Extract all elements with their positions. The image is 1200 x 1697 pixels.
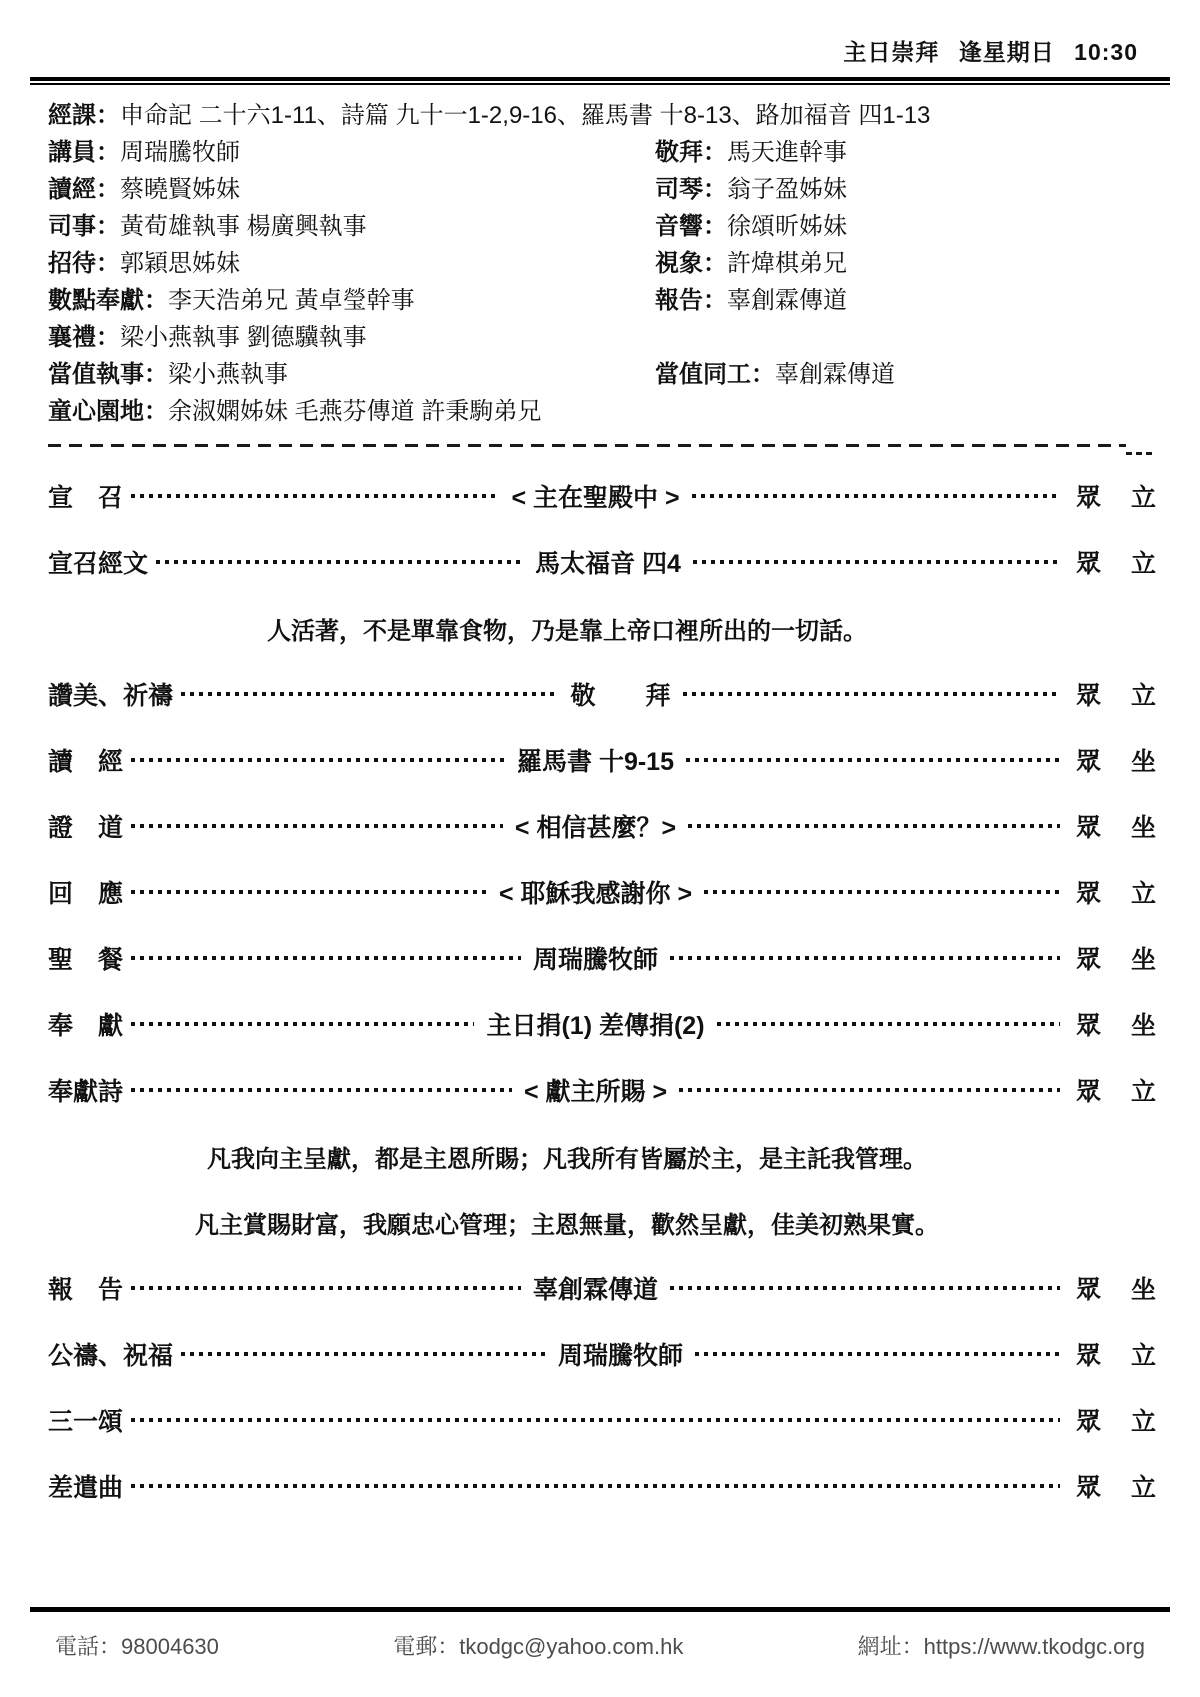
role-label: 講員： xyxy=(48,139,120,166)
congregation-posture: 眾立 xyxy=(1076,874,1156,910)
dotted-leader xyxy=(181,1352,546,1356)
dotted-leader xyxy=(695,1352,1060,1356)
role-value: 徐頌昕姊妹 xyxy=(727,213,847,240)
scripture-row: 經課：申命記 二十六1-11、詩篇 九十一1-2,9-16、羅馬書 十8-13、… xyxy=(48,97,1152,134)
info-pair: 司琴：翁子盈姊妹 xyxy=(655,171,1152,208)
dotted-leader xyxy=(679,1088,1060,1092)
order-item-communion: 聖 餐 周瑞騰牧師 眾坐 xyxy=(48,925,1156,991)
order-item-detail: < 主在聖殿中 > xyxy=(511,478,679,514)
footer-rule xyxy=(30,1607,1170,1612)
order-item-response: 回 應 < 耶穌我感謝你 > 眾立 xyxy=(48,859,1156,925)
order-item-label: 聖 餐 xyxy=(48,940,123,976)
role-value: 梁小燕執事 xyxy=(168,361,288,388)
posture-label: 坐 xyxy=(1131,742,1156,778)
info-pair: 數點奉獻：李天浩弟兄 黃卓瑩幹事 xyxy=(48,282,655,319)
posture-label: 立 xyxy=(1131,1468,1156,1504)
role-value: 郭穎思姊妹 xyxy=(120,250,240,277)
order-item-detail: 敬 拜 xyxy=(570,676,670,712)
congregation-label: 眾 xyxy=(1076,940,1101,976)
order-item-label: 回 應 xyxy=(48,874,123,910)
order-item-sermon: 證 道 < 相信甚麼？> 眾坐 xyxy=(48,793,1156,859)
order-item-call: 宣 召 < 主在聖殿中 > 眾立 xyxy=(48,463,1156,529)
role-value: 辜創霖傳道 xyxy=(727,287,847,314)
offering-quote-line2: 凡主賞賜財富，我願忠心管理；主恩無量，歡然呈獻，佳美初熟果實。 xyxy=(48,1189,1156,1255)
info-row: 當值執事：梁小燕執事 當值同工：辜創霖傳道 xyxy=(48,356,1152,393)
phone-number: 98004630 xyxy=(121,1634,219,1659)
order-item-label: 讚美、祈禱 xyxy=(48,676,173,712)
info-pair: 當值執事：梁小燕執事 xyxy=(48,356,655,393)
dotted-leader xyxy=(156,560,523,564)
info-pair: 讀經：蔡曉賢姊妹 xyxy=(48,171,655,208)
info-block: 經課：申命記 二十六1-11、詩篇 九十一1-2,9-16、羅馬書 十8-13、… xyxy=(0,85,1200,430)
email-address: tkodgc@yahoo.com.hk xyxy=(459,1634,683,1659)
order-item-detail: < 相信甚麼？> xyxy=(515,808,676,844)
order-item-sending-song: 差遣曲 眾立 xyxy=(48,1453,1156,1519)
order-item-offering: 奉 獻 主日捐(1) 差傳捐(2) 眾坐 xyxy=(48,991,1156,1057)
congregation-label: 眾 xyxy=(1076,808,1101,844)
role-label: 當值同工： xyxy=(655,361,775,388)
posture-label: 立 xyxy=(1131,1402,1156,1438)
masthead: 主日崇拜 逢星期日 10:30 xyxy=(0,0,1200,67)
congregation-posture: 眾立 xyxy=(1076,544,1156,580)
info-pair: 音響：徐頌昕姊妹 xyxy=(655,208,1152,245)
dotted-leader xyxy=(670,956,1060,960)
dotted-leader xyxy=(670,1286,1060,1290)
congregation-posture: 眾坐 xyxy=(1076,808,1156,844)
posture-label: 立 xyxy=(1131,544,1156,580)
dotted-leader xyxy=(704,890,1060,894)
order-item-label: 讀 經 xyxy=(48,742,123,778)
role-label: 童心園地： xyxy=(48,398,168,425)
dotted-leader xyxy=(686,758,1060,762)
order-item-label: 三一頌 xyxy=(48,1402,123,1438)
order-item-label: 宣召經文 xyxy=(48,544,148,580)
dashed-line xyxy=(48,444,1126,447)
info-pair: 講員：周瑞騰牧師 xyxy=(48,134,655,171)
order-item-label: 奉 獻 xyxy=(48,1006,123,1042)
congregation-posture: 眾立 xyxy=(1076,1072,1156,1108)
order-item-label: 公禱、祝福 xyxy=(48,1336,173,1372)
posture-label: 立 xyxy=(1131,1072,1156,1108)
dotted-leader xyxy=(131,1484,1060,1488)
congregation-label: 眾 xyxy=(1076,478,1101,514)
dotted-leader xyxy=(692,494,1060,498)
info-row: 童心園地：余淑嫻姊妹 毛燕芬傳道 許秉駒弟兄 xyxy=(48,393,1152,430)
scripture-value: 申命記 二十六1-11、詩篇 九十一1-2,9-16、羅馬書 十8-13、路加福… xyxy=(120,102,930,129)
footer-phone: 電話：98004630 xyxy=(55,1630,219,1661)
order-of-service: 宣 召 < 主在聖殿中 > 眾立 宣召經文 馬太福音 四4 眾立 人活著，不是單… xyxy=(0,455,1200,1519)
info-pair xyxy=(655,393,1152,430)
congregation-posture: 眾坐 xyxy=(1076,1006,1156,1042)
info-row: 招待：郭穎思姊妹 視象：許煒棋弟兄 xyxy=(48,245,1152,282)
scripture-quote: 人活著，不是單靠食物，乃是靠上帝口裡所出的一切話。 xyxy=(48,595,1156,661)
congregation-label: 眾 xyxy=(1076,1336,1101,1372)
dashed-line-tail xyxy=(1126,452,1152,455)
congregation-label: 眾 xyxy=(1076,742,1101,778)
dotted-leader xyxy=(131,1022,474,1026)
order-item-label: 報 告 xyxy=(48,1270,123,1306)
congregation-posture: 眾立 xyxy=(1076,478,1156,514)
congregation-posture: 眾立 xyxy=(1076,676,1156,712)
dotted-leader xyxy=(131,824,503,828)
congregation-label: 眾 xyxy=(1076,874,1101,910)
top-rule xyxy=(30,77,1170,85)
congregation-label: 眾 xyxy=(1076,1006,1101,1042)
role-label: 司琴： xyxy=(655,176,727,203)
info-pair: 司事：黃荀雄執事 楊廣興執事 xyxy=(48,208,655,245)
role-label: 數點奉獻： xyxy=(48,287,168,314)
info-row: 讀經：蔡曉賢姊妹 司琴：翁子盈姊妹 xyxy=(48,171,1152,208)
posture-label: 坐 xyxy=(1131,1006,1156,1042)
posture-label: 坐 xyxy=(1131,808,1156,844)
footer-website: 網址：https://www.tkodgc.org xyxy=(858,1630,1145,1661)
congregation-posture: 眾坐 xyxy=(1076,940,1156,976)
role-value: 辜創霖傳道 xyxy=(775,361,895,388)
info-row: 講員：周瑞騰牧師 敬拜：馬天進幹事 xyxy=(48,134,1152,171)
order-item-label: 證 道 xyxy=(48,808,123,844)
scripture-label: 經課： xyxy=(48,102,120,129)
service-name: 主日崇拜 xyxy=(843,39,939,65)
congregation-posture: 眾坐 xyxy=(1076,1270,1156,1306)
order-item-call-scripture: 宣召經文 馬太福音 四4 眾立 xyxy=(48,529,1156,595)
congregation-label: 眾 xyxy=(1076,1468,1101,1504)
order-item-praise: 讚美、祈禱 敬 拜 眾立 xyxy=(48,661,1156,727)
role-label: 司事： xyxy=(48,213,120,240)
role-label: 音響： xyxy=(655,213,727,240)
order-item-doxology: 三一頌 眾立 xyxy=(48,1387,1156,1453)
congregation-label: 眾 xyxy=(1076,1072,1101,1108)
order-item-detail: 周瑞騰牧師 xyxy=(533,940,658,976)
service-time: 10:30 xyxy=(1074,39,1138,65)
order-item-label: 差遣曲 xyxy=(48,1468,123,1504)
role-label: 敬拜： xyxy=(655,139,727,166)
role-value: 梁小燕執事 劉德驥執事 xyxy=(120,324,367,351)
bulletin-page: 主日崇拜 逢星期日 10:30 經課：申命記 二十六1-11、詩篇 九十一1-2… xyxy=(0,0,1200,1697)
congregation-label: 眾 xyxy=(1076,1402,1101,1438)
role-value: 馬天進幹事 xyxy=(727,139,847,166)
info-pair xyxy=(655,319,1152,356)
posture-label: 坐 xyxy=(1131,1270,1156,1306)
dotted-leader xyxy=(131,890,487,894)
congregation-label: 眾 xyxy=(1076,544,1101,580)
congregation-posture: 眾坐 xyxy=(1076,742,1156,778)
order-item-label: 宣 召 xyxy=(48,478,123,514)
order-item-announcements: 報 告 辜創霖傳道 眾坐 xyxy=(48,1255,1156,1321)
service-schedule: 逢星期日 xyxy=(959,39,1055,65)
order-item-detail: 馬太福音 四4 xyxy=(535,544,681,580)
role-value: 黃荀雄執事 楊廣興執事 xyxy=(120,213,367,240)
posture-label: 立 xyxy=(1131,1336,1156,1372)
posture-label: 立 xyxy=(1131,874,1156,910)
phone-label: 電話： xyxy=(55,1634,121,1659)
order-item-detail: < 耶穌我感謝你 > xyxy=(499,874,692,910)
info-pair: 童心園地：余淑嫻姊妹 毛燕芬傳道 許秉駒弟兄 xyxy=(48,393,655,430)
info-pair: 當值同工：辜創霖傳道 xyxy=(655,356,1152,393)
congregation-posture: 眾立 xyxy=(1076,1402,1156,1438)
dotted-leader xyxy=(683,692,1060,696)
dotted-leader xyxy=(131,1286,521,1290)
info-pair: 敬拜：馬天進幹事 xyxy=(655,134,1152,171)
role-label: 當值執事： xyxy=(48,361,168,388)
info-pair: 襄禮：梁小燕執事 劉德驥執事 xyxy=(48,319,655,356)
website-label: 網址： xyxy=(858,1634,924,1659)
dotted-leader xyxy=(693,560,1060,564)
info-pair: 報告：辜創霖傳道 xyxy=(655,282,1152,319)
role-value: 許煒棋弟兄 xyxy=(727,250,847,277)
dotted-leader xyxy=(131,956,521,960)
dotted-leader xyxy=(717,1022,1060,1026)
role-value: 余淑嫻姊妹 毛燕芬傳道 許秉駒弟兄 xyxy=(168,398,541,425)
role-label: 招待： xyxy=(48,250,120,277)
footer: 電話：98004630 電郵：tkodgc@yahoo.com.hk 網址：ht… xyxy=(55,1630,1145,1661)
role-value: 周瑞騰牧師 xyxy=(120,139,240,166)
website-url: https://www.tkodgc.org xyxy=(924,1634,1145,1659)
dotted-leader xyxy=(688,824,1060,828)
congregation-posture: 眾立 xyxy=(1076,1336,1156,1372)
dotted-leader xyxy=(131,1088,512,1092)
role-label: 報告： xyxy=(655,287,727,314)
email-label: 電郵： xyxy=(393,1634,459,1659)
order-item-detail: 主日捐(1) 差傳捐(2) xyxy=(486,1006,704,1042)
role-label: 讀經： xyxy=(48,176,120,203)
info-row: 襄禮：梁小燕執事 劉德驥執事 xyxy=(48,319,1152,356)
dashed-separator xyxy=(48,444,1152,455)
order-item-detail: 羅馬書 十9-15 xyxy=(517,742,674,778)
info-row: 數點奉獻：李天浩弟兄 黃卓瑩幹事 報告：辜創霖傳道 xyxy=(48,282,1152,319)
info-pair: 招待：郭穎思姊妹 xyxy=(48,245,655,282)
role-value: 蔡曉賢姊妹 xyxy=(120,176,240,203)
dotted-leader xyxy=(131,1418,1060,1422)
role-label: 視象： xyxy=(655,250,727,277)
order-item-detail: 周瑞騰牧師 xyxy=(558,1336,683,1372)
posture-label: 立 xyxy=(1131,478,1156,514)
congregation-label: 眾 xyxy=(1076,1270,1101,1306)
order-item-detail: 辜創霖傳道 xyxy=(533,1270,658,1306)
congregation-posture: 眾立 xyxy=(1076,1468,1156,1504)
dotted-leader xyxy=(131,758,505,762)
role-label: 襄禮： xyxy=(48,324,120,351)
role-value: 李天浩弟兄 黃卓瑩幹事 xyxy=(168,287,415,314)
order-item-detail: < 獻主所賜 > xyxy=(524,1072,667,1108)
role-value: 翁子盈姊妹 xyxy=(727,176,847,203)
order-item-label: 奉獻詩 xyxy=(48,1072,123,1108)
info-pair: 視象：許煒棋弟兄 xyxy=(655,245,1152,282)
order-item-prayer-benediction: 公禱、祝福 周瑞騰牧師 眾立 xyxy=(48,1321,1156,1387)
congregation-label: 眾 xyxy=(1076,676,1101,712)
posture-label: 坐 xyxy=(1131,940,1156,976)
info-row: 司事：黃荀雄執事 楊廣興執事 音響：徐頌昕姊妹 xyxy=(48,208,1152,245)
order-item-offering-hymn: 奉獻詩 < 獻主所賜 > 眾立 xyxy=(48,1057,1156,1123)
dotted-leader xyxy=(181,692,558,696)
posture-label: 立 xyxy=(1131,676,1156,712)
offering-quote-line1: 凡我向主呈獻，都是主恩所賜；凡我所有皆屬於主，是主託我管理。 xyxy=(48,1123,1156,1189)
footer-email: 電郵：tkodgc@yahoo.com.hk xyxy=(393,1630,683,1661)
order-item-reading: 讀 經 羅馬書 十9-15 眾坐 xyxy=(48,727,1156,793)
dotted-leader xyxy=(131,494,499,498)
